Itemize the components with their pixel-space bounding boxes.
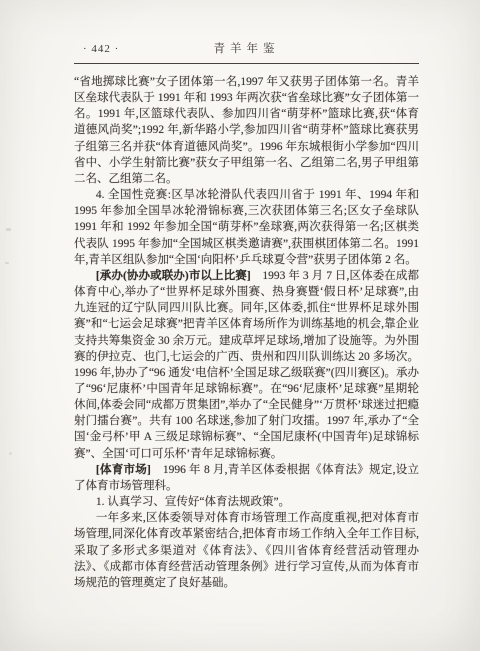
section-heading-sports-market: [体育市场] [96, 464, 151, 476]
page-header: · 442 · 青羊年鉴 [74, 42, 419, 59]
paragraph-text: 1993 年 3 月 7 日,区体委在成都体育中心,举办了“世界杯足球外围赛、热… [74, 270, 419, 460]
paragraph-sports-market: [体育市场] 1996 年 8 月,青羊区体委根据《体育法》规定,设立了体育市场… [74, 462, 419, 494]
paragraph-hosted-matches: [承办(协办或联办)市以上比赛] 1993 年 3 月 7 日,区体委在成都体育… [74, 268, 419, 462]
paragraph-text: 1. 认真学习、宣传好“体育法规政策”。 [96, 496, 290, 508]
paragraph-text: 4. 全国性竞赛:区旱冰轮滑队代表四川省于 1991 年、1994 年和 199… [74, 189, 419, 266]
paragraph-text: “省地掷球比赛”女子团体第一名,1997 年又获男子团体第一名。青羊区垒球代表队… [74, 76, 419, 185]
scan-artifact [9, 452, 12, 455]
paragraph-text: 一年多来,区体委领导对体育市场管理工作高度重视,把对体育市场管理,同深化体育改革… [74, 512, 419, 589]
paragraph-national-competitions: 4. 全国性竞赛:区旱冰轮滑队代表四川省于 1991 年、1994 年和 199… [74, 187, 419, 268]
scan-artifact [5, 262, 9, 264]
book-title: 青羊年鉴 [74, 42, 419, 57]
page-content: · 442 · 青羊年鉴 “省地掷球比赛”女子团体第一名,1997 年又获男子团… [74, 42, 419, 591]
paragraph-market-management: 一年多来,区体委领导对体育市场管理工作高度重视,把对体育市场管理,同深化体育改革… [74, 510, 419, 591]
header-rule [74, 63, 419, 64]
scanned-page: · 442 · 青羊年鉴 “省地掷球比赛”女子团体第一名,1997 年又获男子团… [0, 0, 480, 651]
paragraph-study-policy-item: 1. 认真学习、宣传好“体育法规政策”。 [74, 494, 419, 510]
document-body: “省地掷球比赛”女子团体第一名,1997 年又获男子团体第一名。青羊区垒球代表队… [74, 74, 419, 591]
scan-artifact [6, 228, 11, 231]
section-heading-hosted-matches: [承办(协办或联办)市以上比赛] [96, 270, 251, 282]
paragraph-competitions-continued: “省地掷球比赛”女子团体第一名,1997 年又获男子团体第一名。青羊区垒球代表队… [74, 74, 419, 187]
